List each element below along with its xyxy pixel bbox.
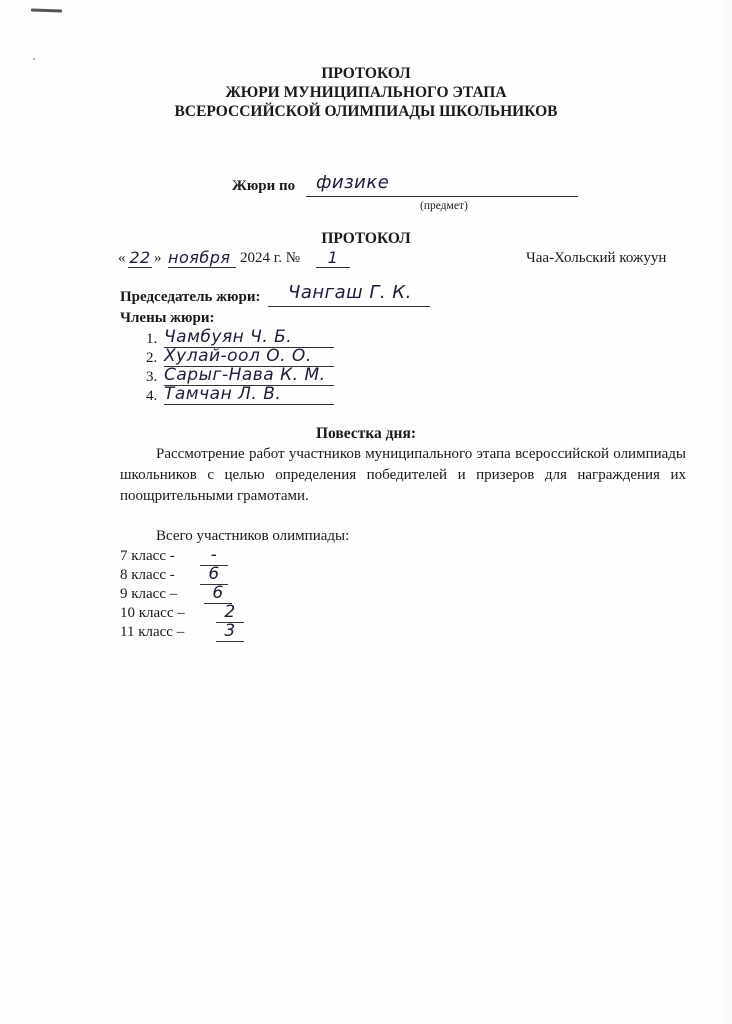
subject-underline: [306, 196, 578, 197]
member-number: 1.: [146, 331, 157, 348]
grade-count: 3: [216, 621, 244, 642]
document-title: ПРОТОКОЛ ЖЮРИ МУНИЦИПАЛЬНОГО ЭТАПА ВСЕРО…: [0, 64, 732, 121]
grade-count: 2: [216, 602, 244, 623]
scan-corner-mark: [31, 8, 62, 12]
open-quote: «: [118, 250, 126, 267]
chair-label: Председатель жюри:: [120, 289, 261, 306]
member-number: 3.: [146, 369, 157, 386]
chair-value: Чангаш Г. К.: [288, 282, 412, 303]
chair-underline: [268, 306, 430, 307]
subject-caption: (предмет): [420, 200, 468, 212]
grade-label: 8 класс -: [120, 567, 175, 584]
jury-by-label: Жюри по: [232, 178, 295, 195]
agenda-heading: Повестка дня:: [0, 425, 732, 443]
title-line-2: ЖЮРИ МУНИЦИПАЛЬНОГО ЭТАПА: [0, 83, 732, 102]
member-name: Сарыг-Нава К. М.: [164, 365, 334, 386]
date-month: ноября: [168, 248, 236, 268]
member-name: Чамбуян Ч. Б.: [164, 327, 334, 348]
location: Чаа-Хольский кожуун: [526, 250, 666, 267]
members-label: Члены жюри:: [120, 310, 215, 327]
date-day: 22: [128, 248, 152, 268]
subject-value: физике: [316, 172, 389, 193]
member-number: 2.: [146, 350, 157, 367]
agenda-text: Рассмотрение работ участников муниципаль…: [120, 444, 686, 507]
scanned-page: ПРОТОКОЛ ЖЮРИ МУНИЦИПАЛЬНОГО ЭТАПА ВСЕРО…: [0, 0, 732, 1024]
scan-speck: [33, 58, 35, 60]
grade-label: 9 класс –: [120, 586, 177, 603]
title-line-1: ПРОТОКОЛ: [0, 64, 732, 83]
grade-count: 6: [200, 564, 228, 585]
title-line-3: ВСЕРОССИЙСКОЙ ОЛИМПИАДЫ ШКОЛЬНИКОВ: [0, 102, 732, 121]
grade-count: 6: [204, 583, 232, 604]
member-name: Хулай-оол О. О.: [164, 346, 334, 367]
close-quote: »: [154, 250, 162, 267]
totals-label: Всего участников олимпиады:: [156, 528, 349, 545]
member-name: Тамчан Л. В.: [164, 384, 334, 405]
protocol-heading: ПРОТОКОЛ: [0, 230, 732, 248]
scan-edge-shadow: [718, 0, 732, 1024]
member-number: 4.: [146, 388, 157, 405]
grade-label: 7 класс -: [120, 548, 175, 565]
protocol-number: 1: [316, 248, 350, 268]
grade-label: 10 класс –: [120, 605, 185, 622]
grade-count: -: [200, 545, 228, 566]
date-year-number-label: 2024 г. №: [240, 250, 300, 267]
grade-label: 11 класс –: [120, 624, 184, 641]
